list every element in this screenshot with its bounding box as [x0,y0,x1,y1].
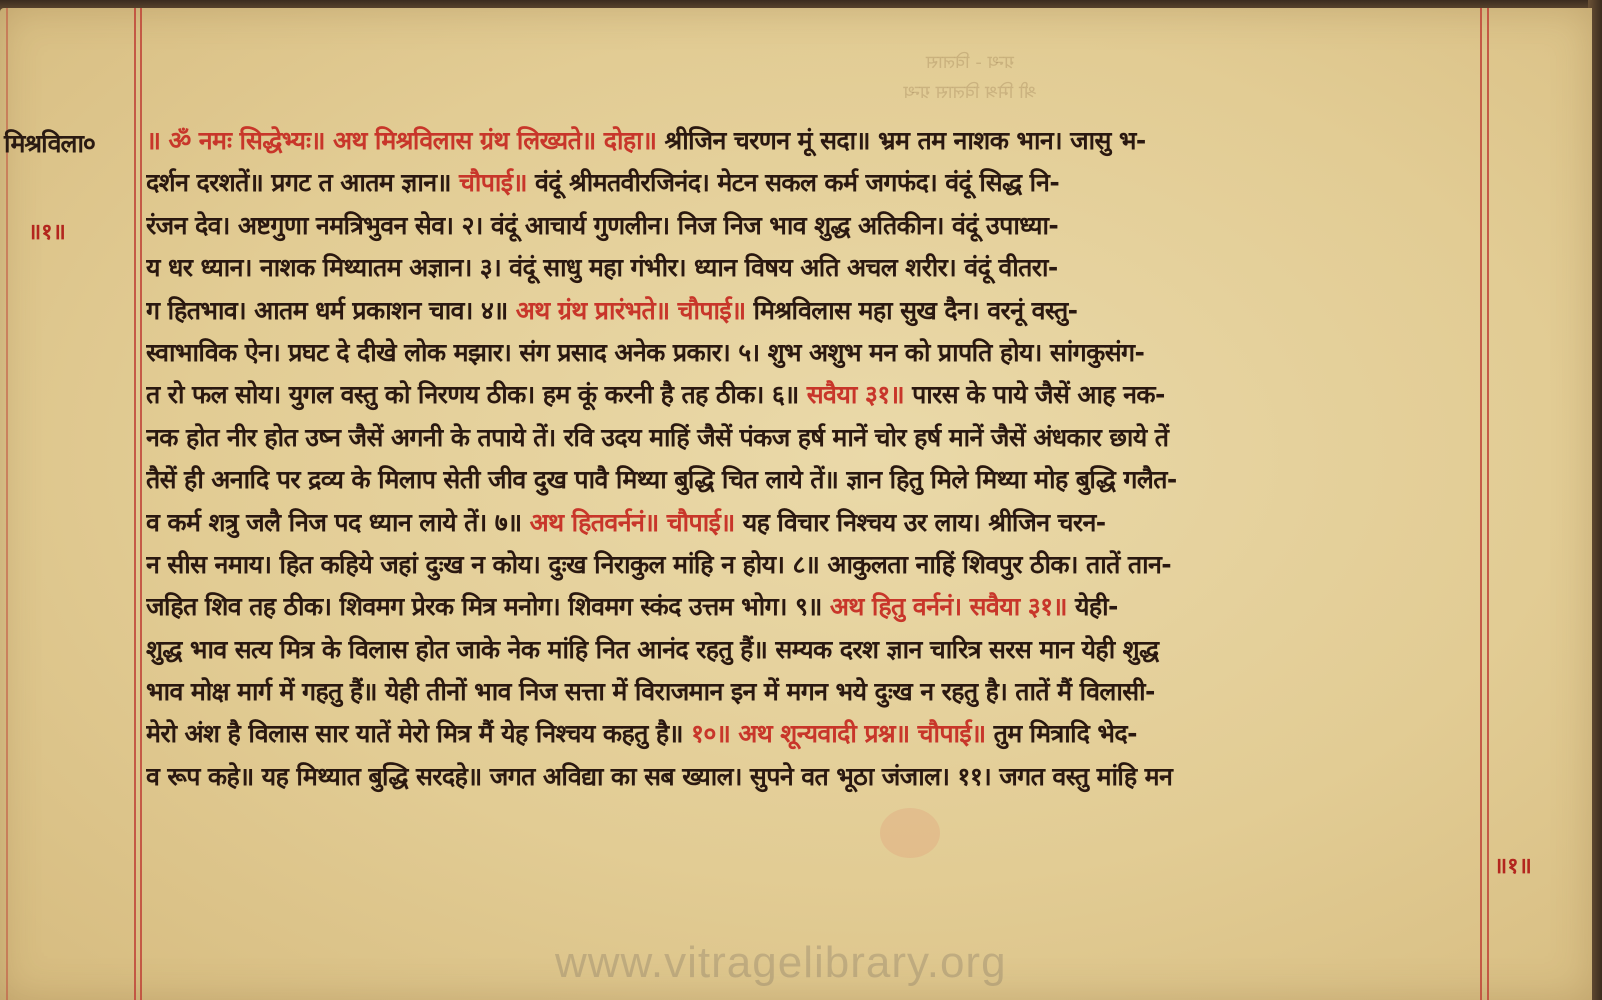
manuscript-line: व कर्म शत्रु जलै निज पद ध्यान लाये तें। … [146,502,1476,544]
manuscript-line: ॥ ॐ नमः सिद्धेभ्यः॥ अथ मिश्रविलास ग्रंथ … [146,120,1476,162]
body-text: पारस के पाये जैसें आह नक- [912,380,1165,409]
body-text: मिश्रविलास महा सुख दैन। वरनूं वस्तु- [754,296,1078,325]
bleed-through-line: ग्रन्थ - विलास [800,48,1140,78]
rubric-text: ॥ ॐ नमः सिद्धेभ्यः॥ अथ मिश्रविलास ग्रंथ … [146,126,665,155]
manuscript-line: स्वाभाविक ऐन। प्रघट दे दीखे लोक मझार। सं… [146,332,1476,374]
rubric-text: सवैया ३१॥ [807,380,912,409]
rubric-text: अथ हितु वर्ननं। सवैया ३१॥ [830,592,1075,621]
margin-rule-right-inner [1480,8,1482,1000]
manuscript-line: शुद्ध भाव सत्य मित्र के विलास होत जाके न… [146,629,1476,671]
manuscript-line: य धर ध्यान। नाशक मिथ्यातम अज्ञान। ३। वंद… [146,247,1476,289]
body-text: तुम मित्रादि भेद- [994,719,1137,748]
watermark: www.vitragelibrary.org [555,938,1007,988]
body-text: व कर्म शत्रु जलै निज पद ध्यान लाये तें। … [146,508,530,537]
body-text: न सीस नमाय। हित कहिये जहां दुःख न कोय। द… [146,550,1171,579]
manuscript-line: ग हितभाव। आतम धर्म प्रकाशन चाव। ४॥ अथ ग्… [146,290,1476,332]
rubric-text: चौपाई॥ [459,168,535,197]
bleed-through-text: ग्रन्थ - विलास श्री मिश्र विलास ग्रन्थ [800,48,1140,108]
body-text: दर्शन दरशतें॥ प्रगट त आतम ज्ञान॥ [146,168,459,197]
rubric-text: अथ ग्रंथ प्रारंभते॥ चौपाई॥ [516,296,754,325]
body-text: त रो फल सोय। युगल वस्तु को निरणय ठीक। हम… [146,380,807,409]
margin-rule-left-outer [134,8,136,1000]
body-text: स्वाभाविक ऐन। प्रघट दे दीखे लोक मझार। सं… [146,338,1144,367]
body-text: वंदूं श्रीमतवीरजिनंद। मेटन सकल कर्म जगफं… [535,168,1059,197]
margin-title-label: मिश्रविला० [4,126,95,160]
body-text: यह विचार निश्चय उर लाय। श्रीजिन चरन- [743,508,1106,537]
body-text: जहित शिव तह ठीक। शिवमग प्रेरक मित्र मनोग… [146,592,830,621]
manuscript-line: जहित शिव तह ठीक। शिवमग प्रेरक मित्र मनोग… [146,586,1476,628]
manuscript-page: ग्रन्थ - विलास श्री मिश्र विलास ग्रन्थ म… [0,8,1592,1000]
manuscript-line: दर्शन दरशतें॥ प्रगट त आतम ज्ञान॥ चौपाई॥ … [146,162,1476,204]
body-text: श्रीजिन चरणन मूं सदा॥ भ्रम तम नाशक भान। … [665,126,1146,155]
margin-rule-left-inner [140,8,142,1000]
rubric-text: १०॥ अथ शून्यवादी प्रश्न॥ चौपाई॥ [691,719,994,748]
manuscript-line: त रो फल सोय। युगल वस्तु को निरणय ठीक। हम… [146,374,1476,416]
margin-rule-right-outer [1487,8,1489,1000]
folio-number-left: ॥१॥ [28,216,66,246]
manuscript-line: व रूप कहे॥ यह मिथ्यात बुद्धि सरदहे॥ जगत … [146,756,1476,798]
manuscript-line: रंजन देव। अष्टगुणा नमत्रिभुवन सेव। २। वं… [146,205,1476,247]
rubric-text: अथ हितवर्ननं॥ चौपाई॥ [530,508,743,537]
manuscript-line: न सीस नमाय। हित कहिये जहां दुःख न कोय। द… [146,544,1476,586]
body-text: भाव मोक्ष मार्ग में गहतु हैं॥ येही तीनों… [146,677,1155,706]
body-text: नक होत नीर होत उष्न जैसें अगनी के तपाये … [146,423,1168,452]
manuscript-line: भाव मोक्ष मार्ग में गहतु हैं॥ येही तीनों… [146,671,1476,713]
body-text: रंजन देव। अष्टगुणा नमत्रिभुवन सेव। २। वं… [146,211,1058,240]
manuscript-text-block: ॥ ॐ नमः सिद्धेभ्यः॥ अथ मिश्रविलास ग्रंथ … [146,120,1476,798]
manuscript-line: तैसें ही अनादि पर द्रव्य के मिलाप सेती ज… [146,459,1476,501]
body-text: ग हितभाव। आतम धर्म प्रकाशन चाव। ४॥ [146,296,516,325]
manuscript-line: नक होत नीर होत उष्न जैसें अगनी के तपाये … [146,417,1476,459]
body-text: येही- [1075,592,1118,621]
body-text: मेरो अंश है विलास सार यातें मेरो मित्र म… [146,719,691,748]
folio-number-right: ॥१॥ [1494,850,1532,880]
manuscript-line: मेरो अंश है विलास सार यातें मेरो मित्र म… [146,713,1476,755]
body-text: व रूप कहे॥ यह मिथ्यात बुद्धि सरदहे॥ जगत … [146,762,1172,791]
ink-stain [880,808,940,858]
body-text: शुद्ध भाव सत्य मित्र के विलास होत जाके न… [146,635,1158,664]
body-text: य धर ध्यान। नाशक मिथ्यातम अज्ञान। ३। वंद… [146,253,1058,282]
bleed-through-line: श्री मिश्र विलास ग्रन्थ [800,78,1140,108]
body-text: तैसें ही अनादि पर द्रव्य के मिलाप सेती ज… [146,465,1177,494]
